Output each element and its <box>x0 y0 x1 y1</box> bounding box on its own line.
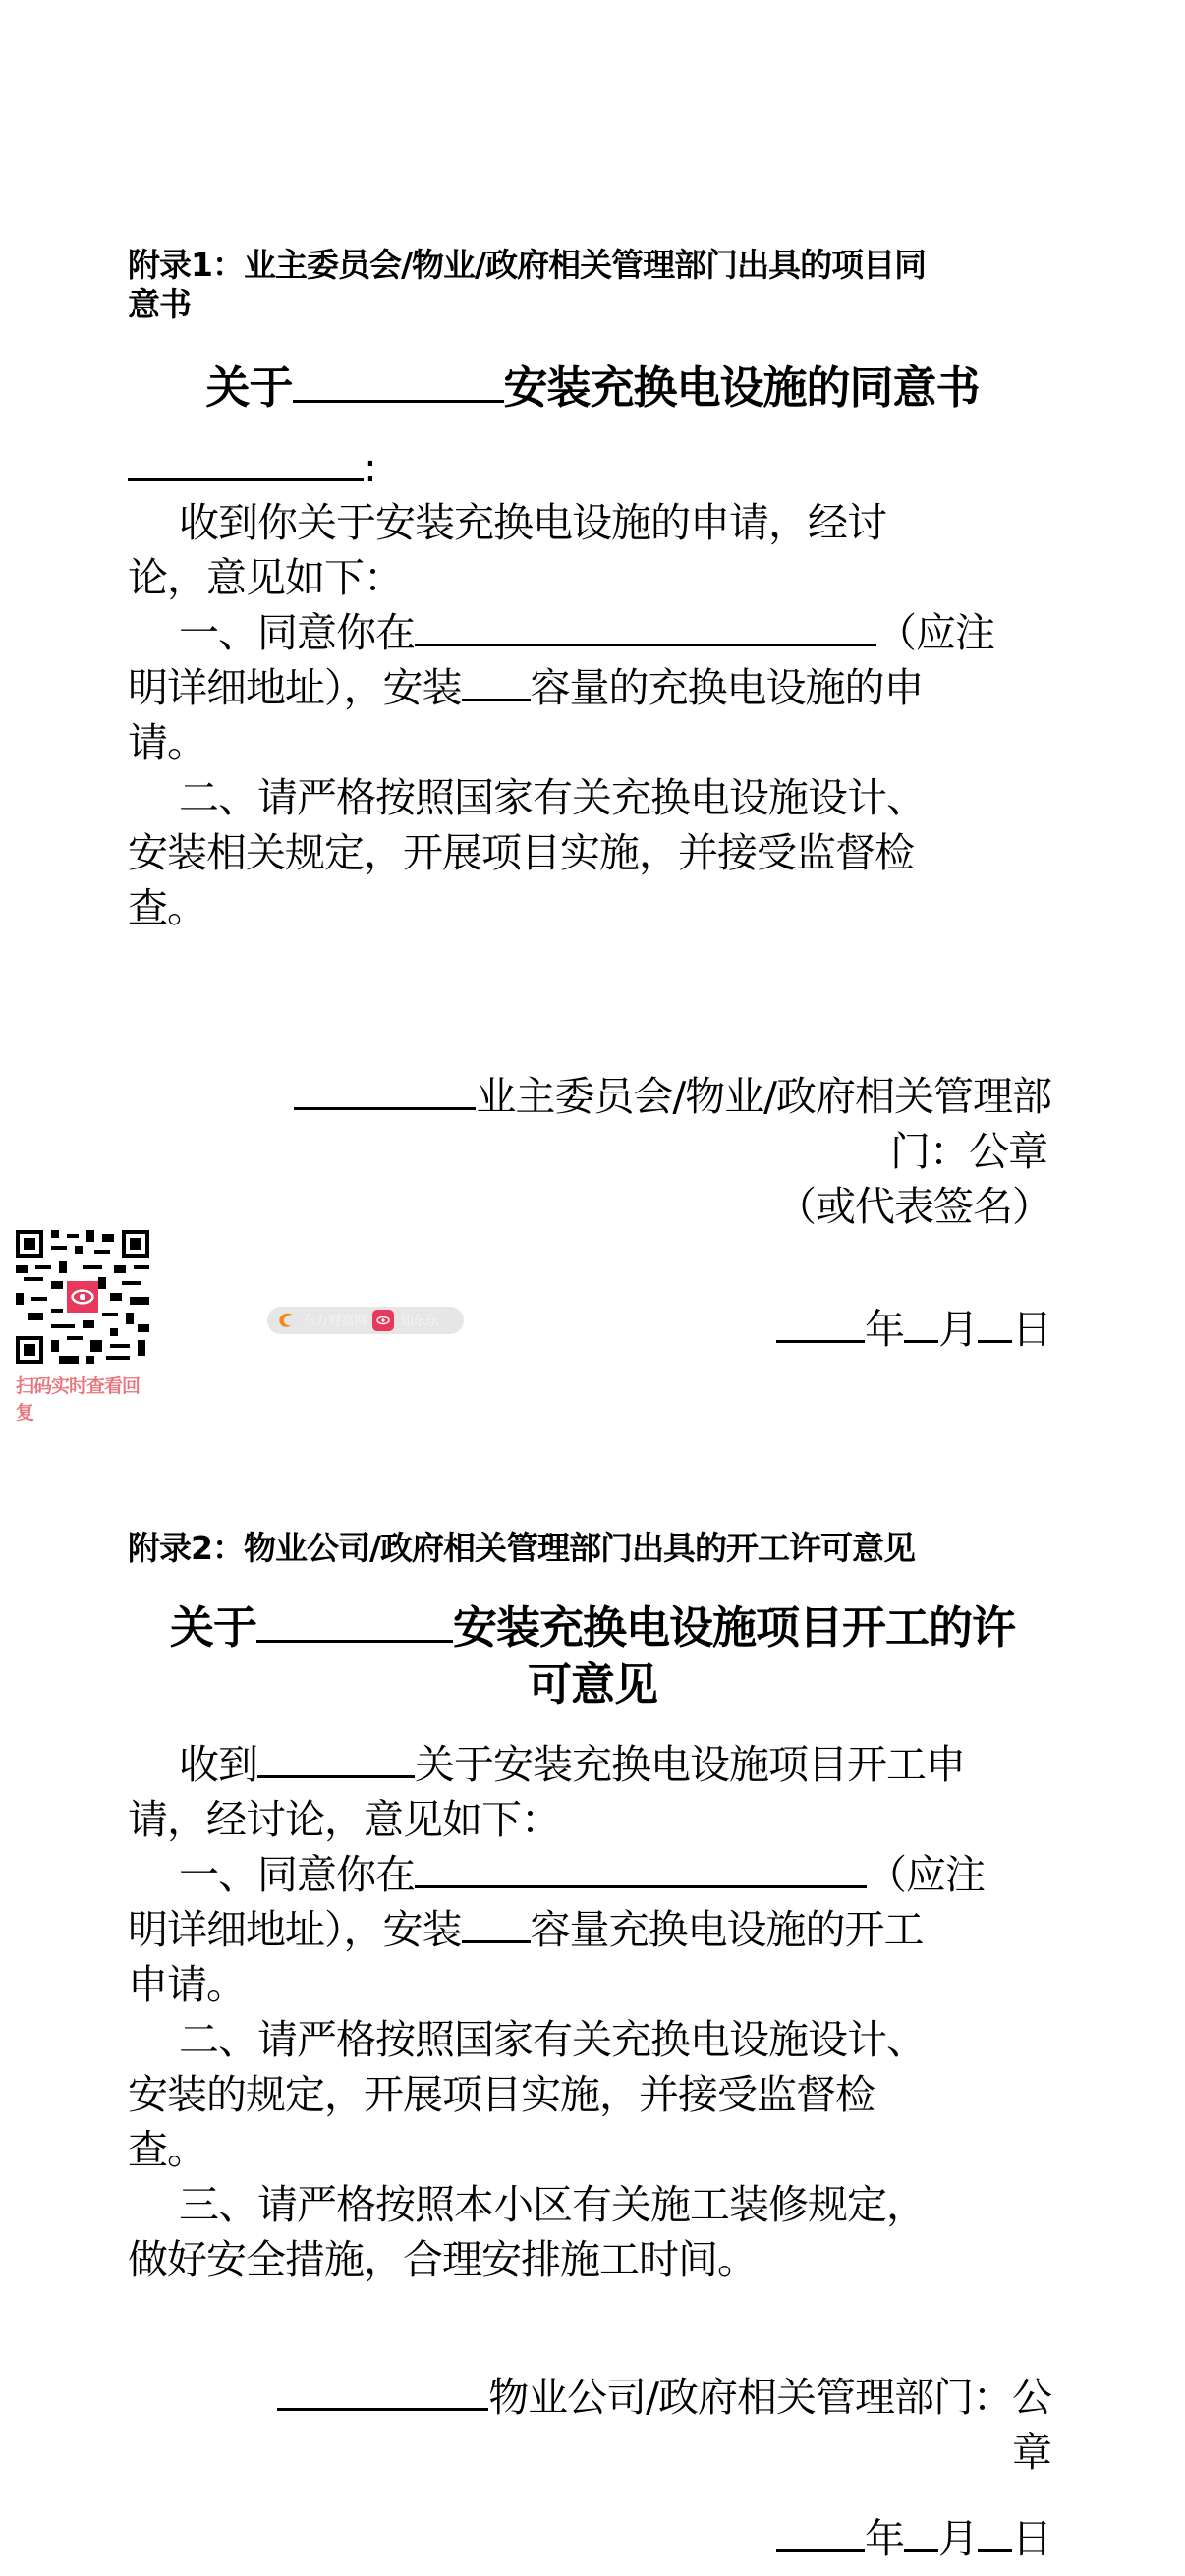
title-suffix: 安装充换电设施的同意书 <box>504 362 980 414</box>
sign-line3: （或代表签名） <box>128 1179 1051 1234</box>
appendix2-body: 收到关于安装充换电设施项目开工申 请，经讨论，意见如下： 一、同意你在（应注 明… <box>128 1737 1061 2287</box>
capacity-blank <box>462 695 531 701</box>
blank-field <box>128 475 364 481</box>
appendix1-title: 关于安装充换电设施的同意书 <box>0 360 1185 417</box>
item1-line1: 一、同意你在（应注 <box>128 605 1061 660</box>
year-blank <box>776 2546 865 2552</box>
sign-line1: 业主委员会/物业/政府相关管理部 <box>128 1069 1051 1124</box>
qr-code[interactable] <box>16 1230 149 1364</box>
appendix1-date: 年月日 <box>128 1302 1051 1357</box>
blank-field <box>293 396 504 403</box>
applicant-blank <box>257 1771 415 1778</box>
year-blank <box>776 1336 865 1343</box>
address-blank <box>415 640 876 646</box>
para1-line2: 请，经讨论，意见如下： <box>128 1792 1061 1847</box>
appendix2-signature: 物业公司/政府相关管理部门：公 章 <box>128 2370 1051 2480</box>
watermark-badge: 东方财富网 知东东 <box>267 1307 464 1334</box>
name-blank <box>277 2404 488 2411</box>
item2-line2: 安装相关规定，开展项目实施，并接受监督检 <box>128 825 1061 880</box>
item2-line3: 查。 <box>128 2122 1061 2177</box>
item2-line3: 查。 <box>128 880 1061 935</box>
eye-logo-icon <box>372 1310 394 1331</box>
item1-line2: 明详细地址），安装容量的充换电设施的申 <box>128 660 1061 715</box>
item3-line1: 三、请严格按照本小区有关施工装修规定， <box>128 2177 1061 2232</box>
month-blank <box>904 1336 938 1343</box>
sign-line2: 门：公章 <box>128 1124 1051 1179</box>
item2-line1: 二、请严格按照国家有关充换电设施设计、 <box>128 770 1061 825</box>
eastmoney-logo-icon <box>275 1311 297 1330</box>
para1-line1: 收到你关于安装充换电设施的申请，经讨 <box>128 495 1061 550</box>
day-blank <box>978 2546 1012 2552</box>
title-prefix: 关于 <box>205 362 292 414</box>
capacity-blank <box>462 1936 531 1943</box>
sign-line1: 物业公司/政府相关管理部门：公 <box>128 2370 1051 2425</box>
appendix1-heading-line2: 意书 <box>128 285 1051 324</box>
item1-line1: 一、同意你在（应注 <box>128 1847 1061 1902</box>
blank-field <box>256 1636 453 1643</box>
title-line2: 可意见 <box>108 1656 1077 1713</box>
appendix1-body: : 收到你关于安装充换电设施的申请，经讨 论，意见如下： 一、同意你在（应注 明… <box>128 440 1061 935</box>
item2-line1: 二、请严格按照国家有关充换电设施设计、 <box>128 2012 1061 2067</box>
item1-line2: 明详细地址），安装容量充换电设施的开工 <box>128 1902 1061 1957</box>
appendix2-title: 关于安装充换电设施项目开工的许 可意见 <box>108 1599 1077 1713</box>
appendix2-heading: 附录2：物业公司/政府相关管理部门出具的开工许可意见 <box>128 1529 1051 1568</box>
qr-caption: 扫码实时查看回复 <box>16 1372 153 1425</box>
item2-line2: 安装的规定，开展项目实施，并接受监督检 <box>128 2067 1061 2122</box>
day-blank <box>978 1336 1012 1343</box>
para1-line2: 论，意见如下： <box>128 550 1061 605</box>
sign-line2: 章 <box>128 2425 1051 2480</box>
watermark-brand2: 知东东 <box>400 1311 438 1330</box>
appendix2-date: 年月日 <box>128 2511 1051 2566</box>
watermark-brand1: 东方财富网 <box>303 1311 367 1330</box>
appendix1-signature: 业主委员会/物业/政府相关管理部 门：公章 （或代表签名） <box>128 1069 1051 1234</box>
item1-line3: 请。 <box>128 715 1061 770</box>
name-blank <box>294 1103 476 1110</box>
para1-line1: 收到关于安装充换电设施项目开工申 <box>128 1737 1061 1792</box>
month-blank <box>904 2546 938 2552</box>
address-blank <box>415 1881 867 1888</box>
item3-line2: 做好安全措施，合理安排施工时间。 <box>128 2232 1061 2287</box>
title-line1: 关于安装充换电设施项目开工的许 <box>108 1599 1077 1656</box>
salutation: : <box>128 440 1061 495</box>
item1-line3: 申请。 <box>128 1957 1061 2012</box>
qr-code-icon <box>16 1230 149 1364</box>
appendix1-heading-line1: 附录1：业主委员会/物业/政府相关管理部门出具的项目同 <box>128 246 1051 285</box>
appendix1-heading: 附录1：业主委员会/物业/政府相关管理部门出具的项目同 意书 <box>128 246 1051 324</box>
